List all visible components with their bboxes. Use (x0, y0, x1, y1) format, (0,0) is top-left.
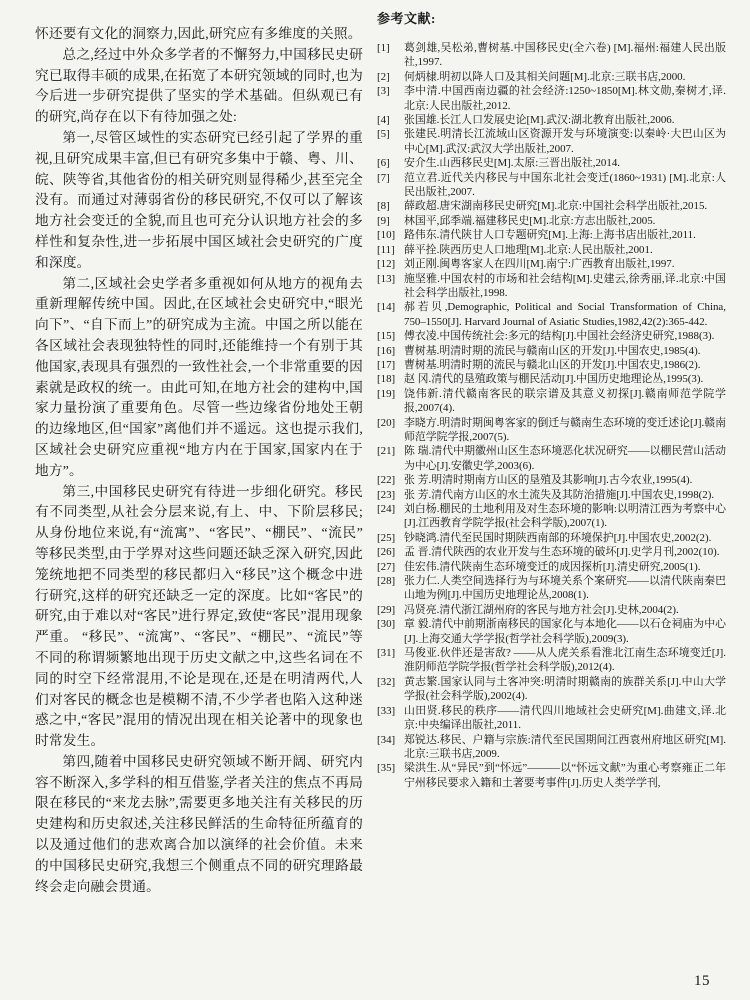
reference-text: 傅衣凌.中国传统社会:多元的结构[J].中国社会经济史研究,1988(3). (404, 329, 726, 343)
reference-number: [22] (377, 473, 404, 487)
reference-number: [8] (377, 199, 404, 213)
reference-number: [27] (377, 560, 404, 574)
reference-text: 张 芳.明清时期南方山区的垦殖及其影响[J].古今农业,1995(4). (404, 473, 726, 487)
reference-item: [8]薛政超.唐宋湖南移民史研究[M].北京:中国社会科学出版社,2015. (377, 199, 726, 213)
reference-item: [31]马俊亚.伙伴还是害敌? ——从人虎关系看淮北江南生态环境变迁[J].淮阴… (377, 646, 726, 675)
reference-item: [6]安介生.山西移民史[M].太原:三晋出版社,2014. (377, 156, 726, 170)
body-text-column: 怀还要有文化的洞察力,因此,研究应有多维度的关照。总之,经过中外众多学者的不懈努… (35, 24, 363, 897)
reference-number: [11] (377, 243, 404, 257)
reference-text: 山田贤.移民的秩序——清代四川地域社会史研究[M].曲建文,译.北京:中央编译出… (404, 704, 726, 733)
reference-item: [15]傅衣凌.中国传统社会:多元的结构[J].中国社会经济史研究,1988(3… (377, 329, 726, 343)
reference-text: 陈 瑞.清代中期徽州山区生态环境恶化状况研究——以棚民营山活动为中心[J].安徽… (404, 444, 726, 473)
reference-number: [3] (377, 84, 404, 98)
reference-text: 薛政超.唐宋湖南移民史研究[M].北京:中国社会科学出版社,2015. (404, 199, 726, 213)
reference-number: [25] (377, 531, 404, 545)
reference-text: 马俊亚.伙伴还是害敌? ——从人虎关系看淮北江南生态环境变迁[J].淮阴师范学院… (404, 646, 726, 675)
reference-number: [26] (377, 545, 404, 559)
reference-item: [32]黄志繁.国家认同与土客冲突:明清时期赣南的族群关系[J].中山大学学报(… (377, 675, 726, 704)
reference-number: [17] (377, 358, 404, 372)
reference-item: [11]薛平拴.陕西历史人口地理[M].北京:人民出版社,2001. (377, 243, 726, 257)
reference-item: [33]山田贤.移民的秩序——清代四川地域社会史研究[M].曲建文,译.北京:中… (377, 704, 726, 733)
reference-number: [31] (377, 646, 404, 660)
body-paragraph: 怀还要有文化的洞察力,因此,研究应有多维度的关照。 (35, 24, 363, 45)
references-heading: 参考文献: (377, 8, 726, 27)
reference-text: 章 毅.清代中前期浙南移民的国家化与本地化——以石仓祠庙为中心[J].上海交通大… (404, 617, 726, 646)
reference-text: 张建民.明清长江流域山区资源开发与环境演变:以秦岭·大巴山区为中心[M].武汉:… (404, 127, 726, 156)
reference-item: [16]曹树基.明清时期的流民与赣南山区的开发[J].中国农史,1985(4). (377, 344, 726, 358)
reference-text: 路伟东.清代陕甘人口专题研究[M].上海:上海书店出版社,2011. (404, 228, 726, 242)
reference-item: [10]路伟东.清代陕甘人口专题研究[M].上海:上海书店出版社,2011. (377, 228, 726, 242)
reference-item: [9]林国平,邱季端.福建移民史[M].北京:方志出版社,2005. (377, 214, 726, 228)
reference-item: [26]孟 晋.清代陕西的农业开发与生态环境的破坏[J].史学月刊,2002(1… (377, 545, 726, 559)
reference-text: 张国雄.长江人口发展史论[M].武汉:湖北教育出版社,2006. (404, 113, 726, 127)
reference-item: [28]张力仁.人类空间选择行为与环境关系个案研究——以清代陕南秦巴山地为例[J… (377, 574, 726, 603)
reference-item: [22]张 芳.明清时期南方山区的垦殖及其影响[J].古今农业,1995(4). (377, 473, 726, 487)
body-paragraph: 第四,随着中国移民史研究领域不断开阔、研究内容不断深入,多学科的相互借鉴,学者关… (35, 752, 363, 898)
reference-number: [13] (377, 272, 404, 286)
reference-text: 郝若贝,Demographic, Political and Social Tr… (404, 300, 726, 329)
body-paragraph: 第一,尽管区域性的实态研究已经引起了学界的重视,且研究成果丰富,但已有研究多集中… (35, 128, 363, 274)
reference-text: 范立君.近代关内移民与中国东北社会变迁(1860~1931) [M].北京:人民… (404, 171, 726, 200)
reference-item: [35]梁洪生.从“异民”到“怀远”———以“怀远文献”为重心考察雍正二年宁州移… (377, 761, 726, 790)
reference-item: [27]佳宏伟.清代陕南生态环境变迁的成因探析[J].清史研究,2005(1). (377, 560, 726, 574)
reference-item: [24]刘白杨.棚民的土地利用及对生态环境的影响:以明清江西为考察中心[J].江… (377, 502, 726, 531)
reference-text: 刘正刚.闽粤客家人在四川[M].南宁:广西教育出版社,1997. (404, 257, 726, 271)
reference-number: [19] (377, 387, 404, 401)
reference-text: 佳宏伟.清代陕南生态环境变迁的成因探析[J].清史研究,2005(1). (404, 560, 726, 574)
reference-text: 李晓方.明清时期闽粤客家的倒迁与赣南生态环境的变迁述论[J].赣南师范学院学报,… (404, 416, 726, 445)
reference-text: 梁洪生.从“异民”到“怀远”———以“怀远文献”为重心考察雍正二年宁州移民要求入… (404, 761, 726, 790)
reference-item: [21]陈 瑞.清代中期徽州山区生态环境恶化状况研究——以棚民营山活动为中心[J… (377, 444, 726, 473)
reference-number: [12] (377, 257, 404, 271)
reference-text: 张力仁.人类空间选择行为与环境关系个案研究——以清代陕南秦巴山地为例[J].中国… (404, 574, 726, 603)
reference-number: [14] (377, 300, 404, 314)
reference-item: [13]施坚雅.中国农村的市场和社会结构[M].史建云,徐秀丽,译.北京:中国社… (377, 272, 726, 301)
reference-text: 刘白杨.棚民的土地利用及对生态环境的影响:以明清江西为考察中心[J].江西教育学… (404, 502, 726, 531)
body-paragraph: 第二,区域社会史学者多重视如何从地方的视角去重新理解传统中国。因此,在区域社会史… (35, 274, 363, 482)
reference-item: [17]曹树基.明清时期的流民与赣北山区的开发[J].中国农史,1986(2). (377, 358, 726, 372)
reference-text: 李中清.中国西南边疆的社会经济:1250~1850[M].林文勋,秦树才,译.北… (404, 84, 726, 113)
reference-number: [28] (377, 574, 404, 588)
reference-number: [24] (377, 502, 404, 516)
references-column: 参考文献: [1]葛剑雄,吴松弟,曹树基.中国移民史(全六卷) [M].福州:福… (377, 8, 726, 790)
reference-number: [16] (377, 344, 404, 358)
reference-number: [34] (377, 733, 404, 747)
document-page: 怀还要有文化的洞察力,因此,研究应有多维度的关照。总之,经过中外众多学者的不懈努… (0, 0, 750, 1000)
reference-number: [5] (377, 127, 404, 141)
reference-item: [18]赵 冈.清代的垦殖政策与棚民活动[J].中国历史地理论丛,1995(3)… (377, 372, 726, 386)
reference-text: 安介生.山西移民史[M].太原:三晋出版社,2014. (404, 156, 726, 170)
reference-number: [4] (377, 113, 404, 127)
reference-item: [2]何炳棣.明初以降人口及其相关问题[M].北京:三联书店,2000. (377, 70, 726, 84)
reference-number: [21] (377, 444, 404, 458)
reference-item: [19]饶伟新.清代赣南客民的联宗谱及其意义初探[J].赣南师范学院学报,200… (377, 387, 726, 416)
reference-text: 孟 晋.清代陕西的农业开发与生态环境的破坏[J].史学月刊,2002(10). (404, 545, 726, 559)
reference-item: [7]范立君.近代关内移民与中国东北社会变迁(1860~1931) [M].北京… (377, 171, 726, 200)
reference-number: [15] (377, 329, 404, 343)
references-list: [1]葛剑雄,吴松弟,曹树基.中国移民史(全六卷) [M].福州:福建人民出版社… (377, 41, 726, 790)
reference-number: [29] (377, 603, 404, 617)
reference-item: [1]葛剑雄,吴松弟,曹树基.中国移民史(全六卷) [M].福州:福建人民出版社… (377, 41, 726, 70)
reference-text: 饶伟新.清代赣南客民的联宗谱及其意义初探[J].赣南师范学院学报,2007(4)… (404, 387, 726, 416)
reference-text: 钞晓鸿.清代至民国时期陕西南部的环境保护[J].中国农史,2002(2). (404, 531, 726, 545)
reference-text: 郑锐达.移民、户籍与宗族:清代至民国期间江西袁州府地区研究[M].北京:三联书店… (404, 733, 726, 762)
reference-text: 葛剑雄,吴松弟,曹树基.中国移民史(全六卷) [M].福州:福建人民出版社,19… (404, 41, 726, 70)
reference-item: [23]张 芳.清代南方山区的水土流失及其防治措施[J].中国农史,1998(2… (377, 488, 726, 502)
reference-item: [12]刘正刚.闽粤客家人在四川[M].南宁:广西教育出版社,1997. (377, 257, 726, 271)
reference-number: [9] (377, 214, 404, 228)
reference-number: [1] (377, 41, 404, 55)
reference-text: 薛平拴.陕西历史人口地理[M].北京:人民出版社,2001. (404, 243, 726, 257)
reference-number: [30] (377, 617, 404, 631)
reference-text: 林国平,邱季端.福建移民史[M].北京:方志出版社,2005. (404, 214, 726, 228)
body-paragraph: 总之,经过中外众多学者的不懈努力,中国移民史研究已取得丰硕的成果,在拓宽了本研究… (35, 45, 363, 128)
reference-item: [25]钞晓鸿.清代至民国时期陕西南部的环境保护[J].中国农史,2002(2)… (377, 531, 726, 545)
reference-text: 何炳棣.明初以降人口及其相关问题[M].北京:三联书店,2000. (404, 70, 726, 84)
reference-number: [23] (377, 488, 404, 502)
reference-item: [4]张国雄.长江人口发展史论[M].武汉:湖北教育出版社,2006. (377, 113, 726, 127)
reference-item: [3]李中清.中国西南边疆的社会经济:1250~1850[M].林文勋,秦树才,… (377, 84, 726, 113)
body-paragraph: 第三,中国移民史研究有待进一步细化研究。移民有不同类型,从社会分层来说,有上、中… (35, 482, 363, 752)
reference-item: [14]郝若贝,Demographic, Political and Socia… (377, 300, 726, 329)
reference-number: [18] (377, 372, 404, 386)
reference-number: [10] (377, 228, 404, 242)
reference-item: [20]李晓方.明清时期闽粤客家的倒迁与赣南生态环境的变迁述论[J].赣南师范学… (377, 416, 726, 445)
reference-item: [34]郑锐达.移民、户籍与宗族:清代至民国期间江西袁州府地区研究[M].北京:… (377, 733, 726, 762)
reference-text: 施坚雅.中国农村的市场和社会结构[M].史建云,徐秀丽,译.北京:中国社会科学出… (404, 272, 726, 301)
reference-item: [30]章 毅.清代中前期浙南移民的国家化与本地化——以石仓祠庙为中心[J].上… (377, 617, 726, 646)
page-number: 15 (694, 973, 710, 990)
reference-text: 张 芳.清代南方山区的水土流失及其防治措施[J].中国农史,1998(2). (404, 488, 726, 502)
reference-item: [5]张建民.明清长江流域山区资源开发与环境演变:以秦岭·大巴山区为中心[M].… (377, 127, 726, 156)
reference-text: 曹树基.明清时期的流民与赣南山区的开发[J].中国农史,1985(4). (404, 344, 726, 358)
reference-number: [20] (377, 416, 404, 430)
reference-number: [35] (377, 761, 404, 775)
reference-number: [2] (377, 70, 404, 84)
reference-text: 黄志繁.国家认同与土客冲突:明清时期赣南的族群关系[J].中山大学学报(社会科学… (404, 675, 726, 704)
reference-number: [32] (377, 675, 404, 689)
reference-number: [7] (377, 171, 404, 185)
reference-text: 曹树基.明清时期的流民与赣北山区的开发[J].中国农史,1986(2). (404, 358, 726, 372)
reference-number: [33] (377, 704, 404, 718)
reference-item: [29]冯贤亮.清代浙江湖州府的客民与地方社会[J].史林,2004(2). (377, 603, 726, 617)
reference-text: 冯贤亮.清代浙江湖州府的客民与地方社会[J].史林,2004(2). (404, 603, 726, 617)
reference-text: 赵 冈.清代的垦殖政策与棚民活动[J].中国历史地理论丛,1995(3). (404, 372, 726, 386)
reference-number: [6] (377, 156, 404, 170)
